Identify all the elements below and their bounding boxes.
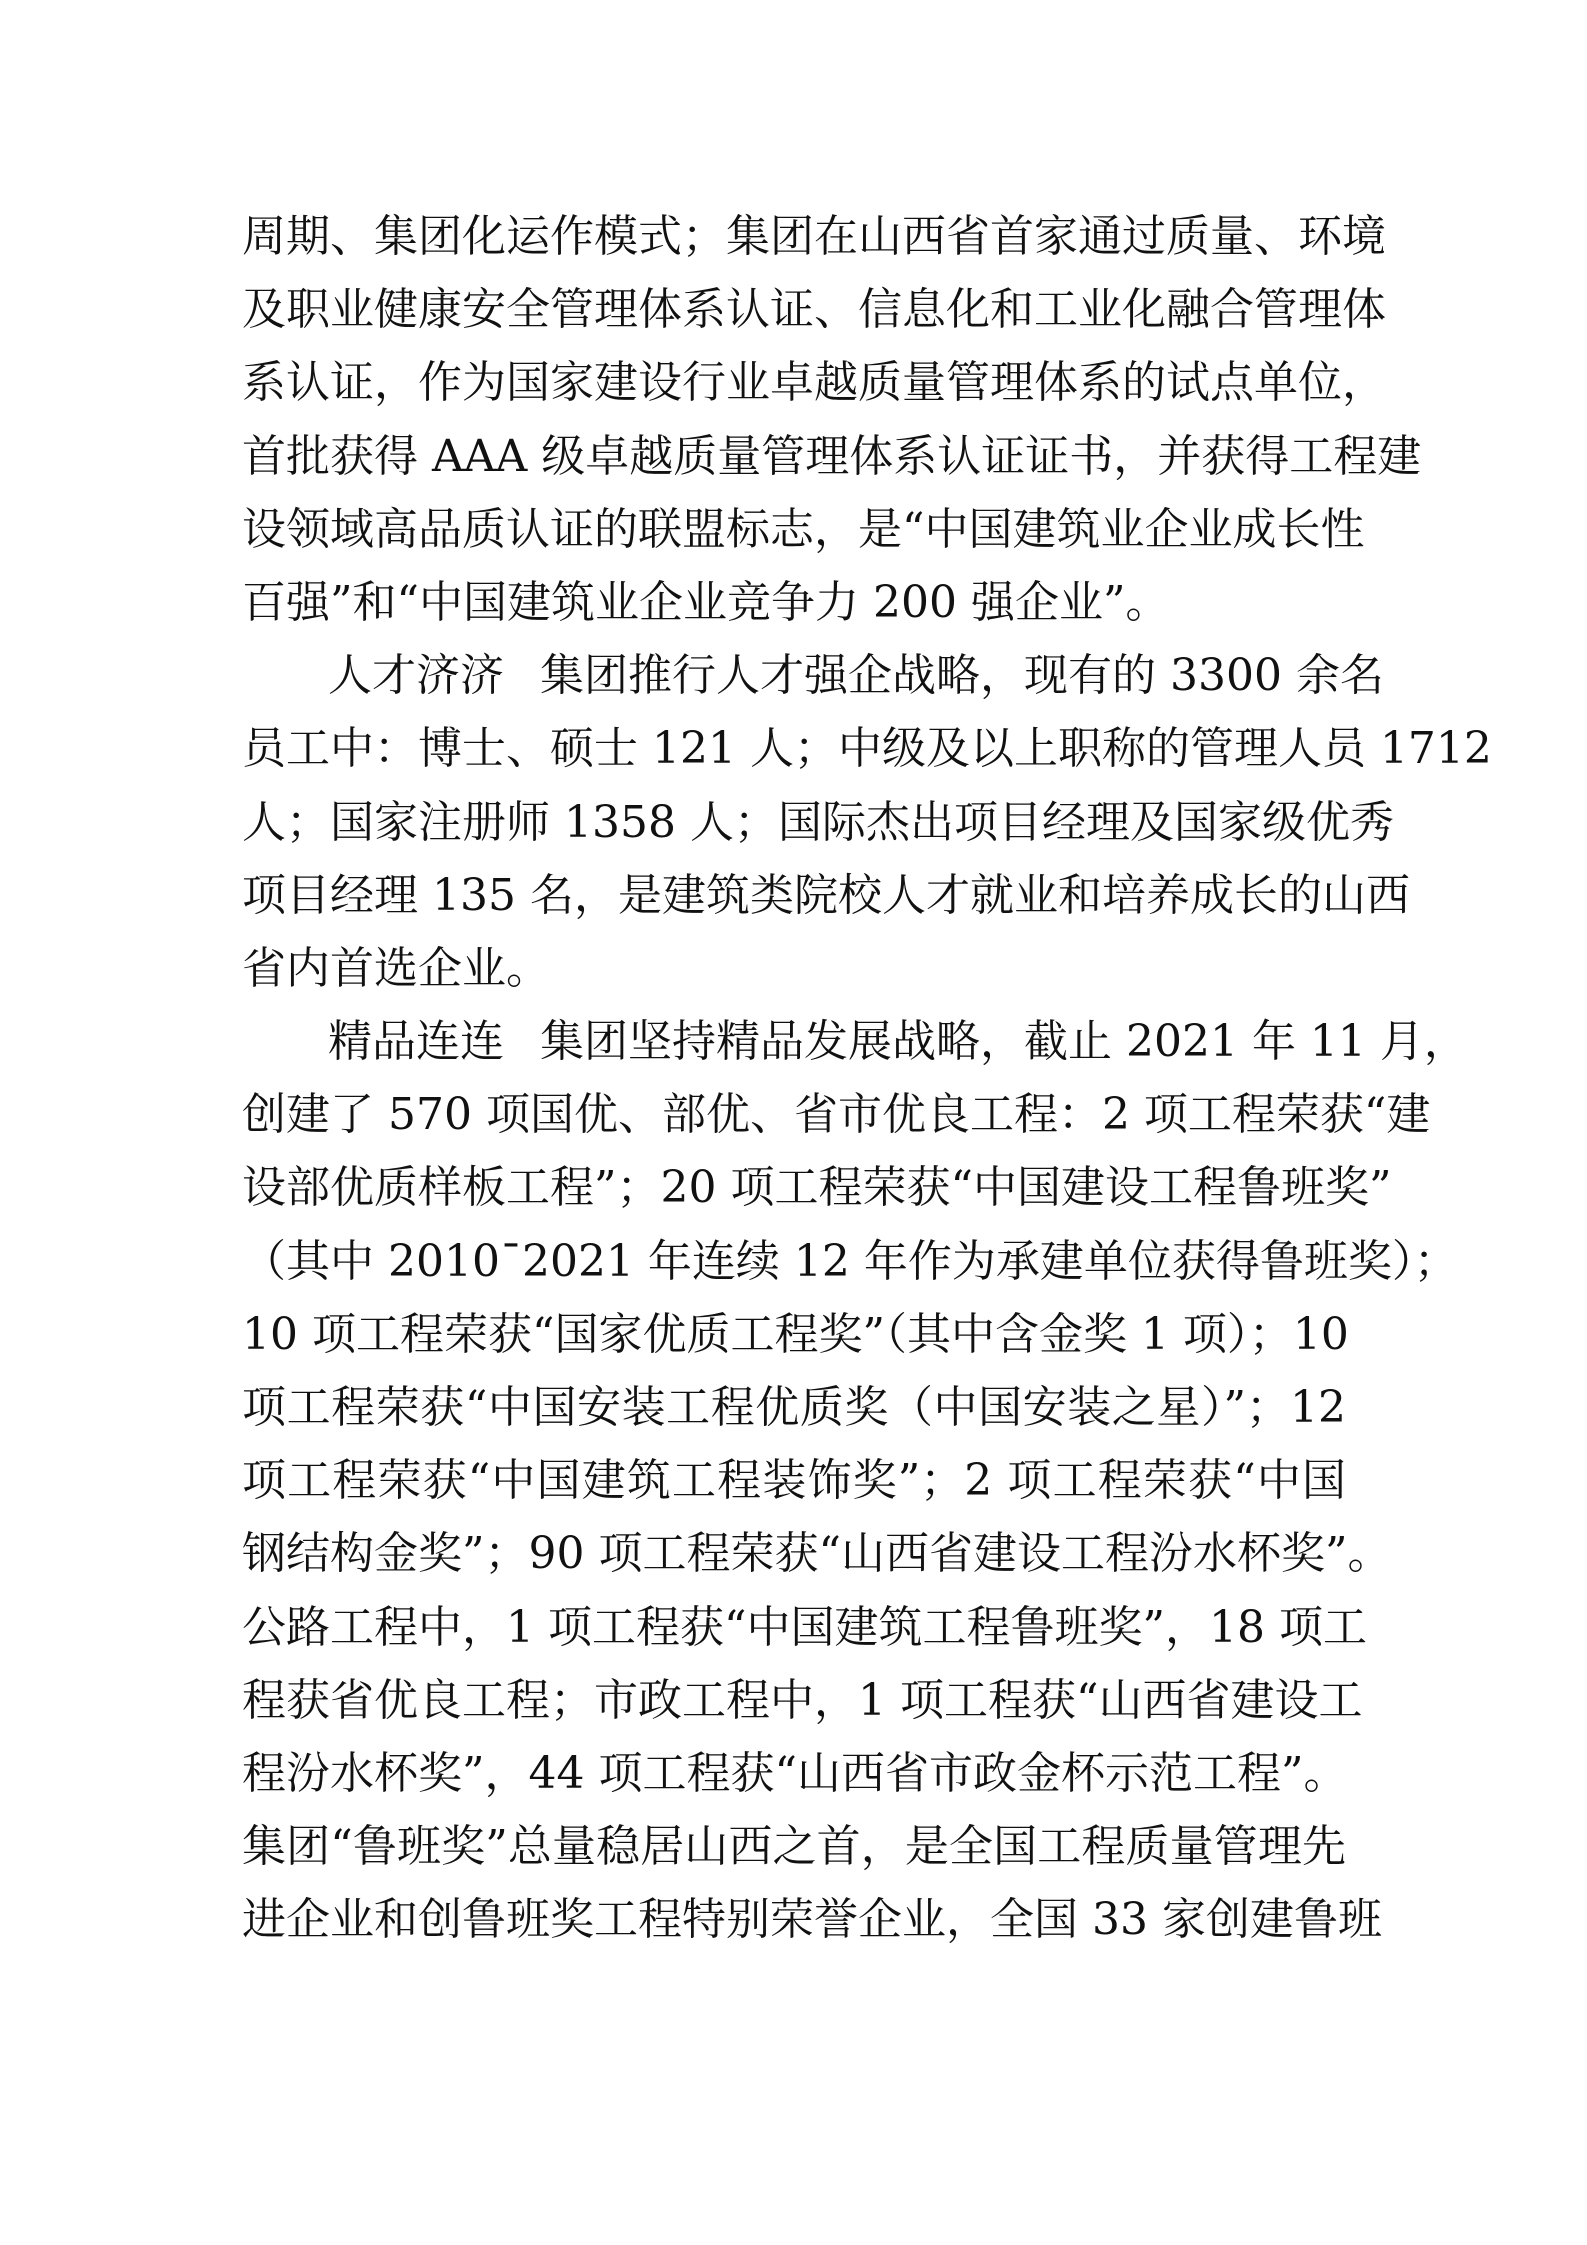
text-line: 设领域高品质认证的联盟标志，是“中国建筑业企业成长性 bbox=[242, 503, 1346, 576]
text-line: 周期、集团化运作模式；集团在山西省首家通过质量、环境 bbox=[242, 210, 1346, 283]
text-line: 钢结构金奖”；90 项工程荣获“山西省建设工程汾水杯奖”。 bbox=[242, 1527, 1346, 1600]
text-line-with-heading: 人才济济集团推行人才强企战略，现有的 3300 余名 bbox=[242, 649, 1346, 722]
text-line: （其中 2010¯2021 年连续 12 年作为承建单位获得鲁班奖）； bbox=[242, 1235, 1346, 1308]
section-heading-quality: 精品连连 bbox=[328, 1016, 504, 1067]
text-line: 及职业健康安全管理体系认证、信息化和工业化融合管理体 bbox=[242, 283, 1346, 356]
text-line: 员工中：博士、硕士 121 人；中级及以上职称的管理人员 1712 bbox=[242, 722, 1346, 795]
paragraph-quality-projects: 精品连连集团坚持精品发展战略，截止 2021 年 11 月， 创建了 570 项… bbox=[242, 1015, 1346, 1966]
text-line: 首批获得 AAA 级卓越质量管理体系认证证书，并获得工程建 bbox=[242, 430, 1346, 503]
text-line: 进企业和创鲁班奖工程特别荣誉企业，全国 33 家创建鲁班 bbox=[242, 1893, 1346, 1966]
text-line: 10 项工程荣获“国家优质工程奖”（其中含金奖 1 项）；10 bbox=[242, 1308, 1346, 1381]
text-fragment: 集团推行人才强企战略，现有的 3300 余名 bbox=[540, 650, 1384, 701]
paragraph-talent: 人才济济集团推行人才强企战略，现有的 3300 余名 员工中：博士、硕士 121… bbox=[242, 649, 1346, 1015]
paragraph-qualification: 周期、集团化运作模式；集团在山西省首家通过质量、环境 及职业健康安全管理体系认证… bbox=[242, 210, 1346, 649]
text-line: 公路工程中，1 项工程获“中国建筑工程鲁班奖”，18 项工 bbox=[242, 1601, 1346, 1674]
text-line: 项工程荣获“中国建筑工程装饰奖”；2 项工程荣获“中国 bbox=[242, 1454, 1346, 1527]
text-fragment: 集团坚持精品发展战略，截止 2021 年 11 月， bbox=[540, 1016, 1468, 1067]
text-line: 人；国家注册师 1358 人；国际杰出项目经理及国家级优秀 bbox=[242, 796, 1346, 869]
text-line: 百强”和“中国建筑业企业竞争力 200 强企业”。 bbox=[242, 576, 1346, 649]
text-line: 集团“鲁班奖”总量稳居山西之首，是全国工程质量管理先 bbox=[242, 1820, 1346, 1893]
text-line: 创建了 570 项国优、部优、省市优良工程：2 项工程荣获“建 bbox=[242, 1088, 1346, 1161]
text-line-with-heading: 精品连连集团坚持精品发展战略，截止 2021 年 11 月， bbox=[242, 1015, 1346, 1088]
section-heading-talent: 人才济济 bbox=[328, 650, 504, 701]
text-line: 程获省优良工程；市政工程中，1 项工程获“山西省建设工 bbox=[242, 1674, 1346, 1747]
text-line: 项目经理 135 名，是建筑类院校人才就业和培养成长的山西 bbox=[242, 869, 1346, 942]
text-line: 系认证，作为国家建设行业卓越质量管理体系的试点单位， bbox=[242, 356, 1346, 429]
text-line: 设部优质样板工程”；20 项工程荣获“中国建设工程鲁班奖” bbox=[242, 1161, 1346, 1234]
text-line: 省内首选企业。 bbox=[242, 942, 1346, 1015]
document-page: 周期、集团化运作模式；集团在山西省首家通过质量、环境 及职业健康安全管理体系认证… bbox=[242, 210, 1346, 1967]
text-line: 项工程荣获“中国安装工程优质奖（中国安装之星）”；12 bbox=[242, 1381, 1346, 1454]
text-line: 程汾水杯奖”，44 项工程获“山西省市政金杯示范工程”。 bbox=[242, 1747, 1346, 1820]
